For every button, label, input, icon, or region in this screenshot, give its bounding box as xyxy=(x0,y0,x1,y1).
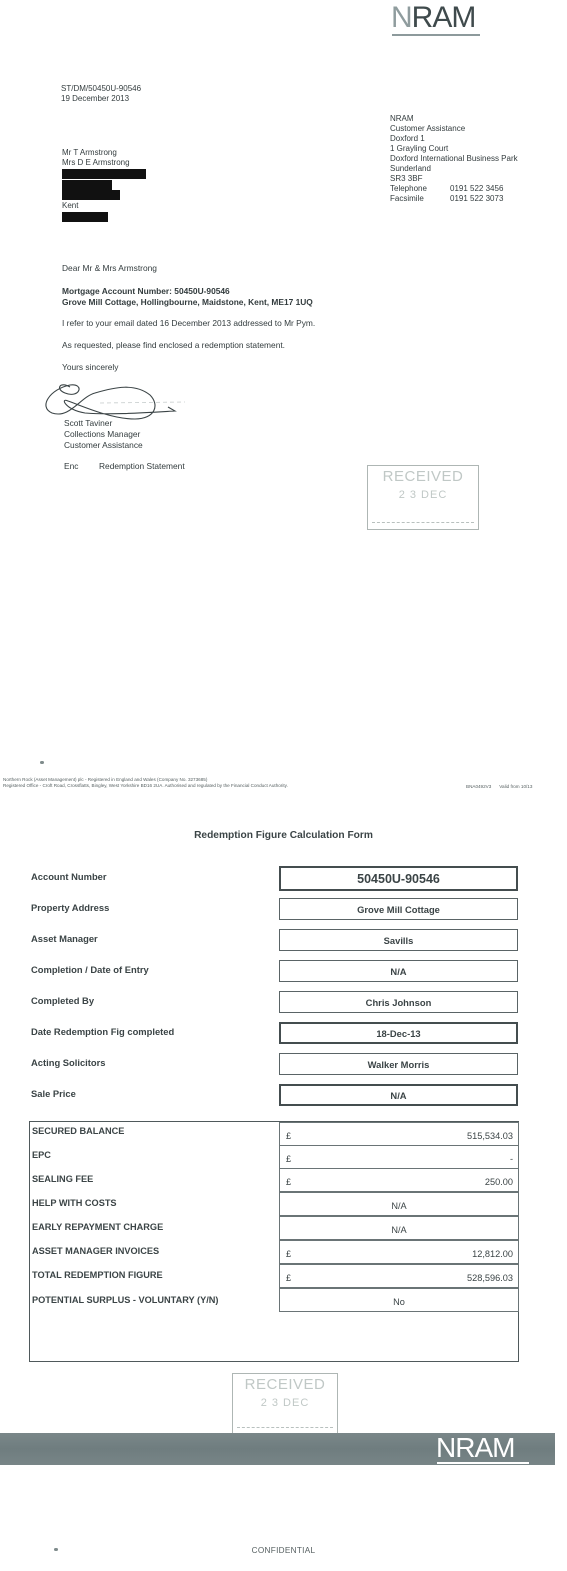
field-completion-date: N/A xyxy=(279,960,518,982)
currency-symbol: £ xyxy=(286,1249,291,1259)
fin-label-sealing-fee: SEALING FEE xyxy=(32,1174,93,1184)
sender-line: Doxford 1 xyxy=(390,134,518,144)
currency-symbol: £ xyxy=(286,1273,291,1283)
field-sale-price: N/A xyxy=(279,1084,518,1106)
field-label-completion-date: Completion / Date of Entry xyxy=(31,964,149,975)
field-date-completed: 18-Dec-13 xyxy=(279,1022,518,1044)
field-account-number: 50450U-90546 xyxy=(279,866,518,891)
redaction-bar xyxy=(62,212,108,222)
value: N/A xyxy=(280,1225,518,1235)
field-label-account-number: Account Number xyxy=(31,871,107,882)
amount: 12,812.00 xyxy=(472,1249,513,1259)
field-asset-manager: Savills xyxy=(279,929,518,951)
field-label-completed-by: Completed By xyxy=(31,995,94,1006)
value: No xyxy=(280,1297,518,1307)
signer-department: Customer Assistance xyxy=(64,440,143,451)
signer-title: Collections Manager xyxy=(64,429,143,440)
fin-label-epc: EPC xyxy=(32,1150,51,1160)
field-label-acting-solicitors: Acting Solicitors xyxy=(31,1057,106,1068)
fin-label-total-redemption: TOTAL REDEMPTION FIGURE xyxy=(32,1270,163,1280)
redaction-bar xyxy=(62,169,146,179)
fin-cell-secured-balance: £ 515,534.03 xyxy=(279,1122,519,1146)
sender-line: Customer Assistance xyxy=(390,124,518,134)
fin-cell-help-with-costs: N/A xyxy=(279,1192,519,1216)
stamp-date: 2 3 DEC xyxy=(233,1397,337,1409)
fin-label-secured-balance: SECURED BALANCE xyxy=(32,1126,124,1136)
letter-date: 19 December 2013 xyxy=(61,94,141,104)
form-title: Redemption Figure Calculation Form xyxy=(0,830,567,841)
field-label-property-address: Property Address xyxy=(31,902,109,913)
fin-label-asset-manager-invoices: ASSET MANAGER INVOICES xyxy=(32,1246,159,1256)
fin-cell-potential-surplus: No xyxy=(279,1288,519,1312)
field-label-asset-manager: Asset Manager xyxy=(31,933,98,944)
nram-logo: NRAM xyxy=(391,3,475,33)
fin-cell-sealing-fee: £ 250.00 xyxy=(279,1168,519,1192)
closing: Yours sincerely xyxy=(62,362,118,373)
form-code-id: BNA0492V3 xyxy=(466,784,491,789)
enclosure-label: Enc xyxy=(64,461,99,472)
field-completed-by: Chris Johnson xyxy=(279,991,518,1013)
sender-telephone: Telephone 0191 522 3456 xyxy=(390,184,518,194)
sender-line: NRAM xyxy=(390,114,518,124)
enclosure-line: EncRedemption Statement xyxy=(64,461,185,472)
currency-symbol: £ xyxy=(286,1177,291,1187)
sender-line: 1 Grayling Court xyxy=(390,144,518,154)
field-acting-solicitors: Walker Morris xyxy=(279,1053,518,1075)
field-property-address: Grove Mill Cottage xyxy=(279,898,518,920)
legal-footer: Northern Rock (Asset Management) plc - R… xyxy=(3,777,288,789)
signer-block: Scott Taviner Collections Manager Custom… xyxy=(64,418,143,451)
logo-underline xyxy=(437,1462,529,1464)
fin-cell-epc: £ - xyxy=(279,1145,519,1169)
stamp-dashed-line xyxy=(372,522,474,523)
field-label-date-completed: Date Redemption Fig completed xyxy=(31,1026,174,1037)
signer-name: Scott Taviner xyxy=(64,418,143,429)
logo-underline xyxy=(392,34,480,36)
received-stamp: RECEIVED 2 3 DEC xyxy=(367,465,479,530)
currency-symbol: £ xyxy=(286,1131,291,1141)
stamp-date: 2 3 DEC xyxy=(368,489,478,501)
redaction-bar xyxy=(62,180,112,190)
letter-paragraph: I refer to your email dated 16 December … xyxy=(62,318,315,329)
stamp-dashed-line xyxy=(237,1427,333,1428)
letter-reference: ST/DM/50450U-90546 xyxy=(61,84,141,94)
nram-logo-band: NRAM xyxy=(436,1434,514,1462)
stamp-title: RECEIVED xyxy=(368,468,478,485)
subject-heading: Mortgage Account Number: 50450U-90546 Gr… xyxy=(62,286,313,308)
sender-address: NRAM Customer Assistance Doxford 1 1 Gra… xyxy=(390,114,518,204)
amount: 515,534.03 xyxy=(467,1131,513,1141)
subject-account: Mortgage Account Number: 50450U-90546 xyxy=(62,286,313,297)
subject-property: Grove Mill Cottage, Hollingbourne, Maids… xyxy=(62,297,313,308)
recipient-county: Kent xyxy=(62,201,146,211)
received-stamp: RECEIVED 2 3 DEC xyxy=(232,1373,338,1435)
fin-label-early-repayment-charge: EARLY REPAYMENT CHARGE xyxy=(32,1222,163,1232)
redaction-bar xyxy=(62,190,120,200)
punch-mark xyxy=(40,761,44,764)
recipient-address: Mr T Armstrong Mrs D E Armstrong Kent xyxy=(62,148,146,223)
value: N/A xyxy=(280,1201,518,1211)
letter-paragraph: As requested, please find enclosed a red… xyxy=(62,340,285,351)
fin-label-help-with-costs: HELP WITH COSTS xyxy=(32,1198,117,1208)
amount: - xyxy=(510,1154,513,1164)
sender-line: Doxford International Business Park xyxy=(390,154,518,164)
stamp-title: RECEIVED xyxy=(233,1376,337,1393)
form-code: BNA0492V3Valid from 10/13 xyxy=(466,784,532,789)
fin-cell-total-redemption: £ 528,596.03 xyxy=(279,1264,519,1288)
fin-cell-asset-manager-invoices: £ 12,812.00 xyxy=(279,1240,519,1264)
enclosure-item: Redemption Statement xyxy=(99,461,185,471)
sender-line: Sunderland xyxy=(390,164,518,174)
sender-facsimile: Facsimile 0191 522 3073 xyxy=(390,194,518,204)
recipient-line: Mr T Armstrong xyxy=(62,148,146,158)
field-label-sale-price: Sale Price xyxy=(31,1088,76,1099)
fin-cell-early-repayment-charge: N/A xyxy=(279,1216,519,1240)
salutation: Dear Mr & Mrs Armstrong xyxy=(62,263,157,274)
sender-line: SR3 3BF xyxy=(390,174,518,184)
currency-symbol: £ xyxy=(286,1154,291,1164)
amount: 528,596.03 xyxy=(467,1273,513,1283)
recipient-line: Mrs D E Armstrong xyxy=(62,158,146,168)
legal-line: Registered Office - Croft Road, Crossfla… xyxy=(3,783,288,789)
form-valid-from: Valid from 10/13 xyxy=(499,784,532,789)
confidential-label: CONFIDENTIAL xyxy=(0,1546,567,1555)
fin-label-potential-surplus: POTENTIAL SURPLUS - VOLUNTARY (Y/N) xyxy=(32,1295,218,1305)
letter-reference-block: ST/DM/50450U-90546 19 December 2013 xyxy=(61,84,141,104)
amount: 250.00 xyxy=(485,1177,513,1187)
